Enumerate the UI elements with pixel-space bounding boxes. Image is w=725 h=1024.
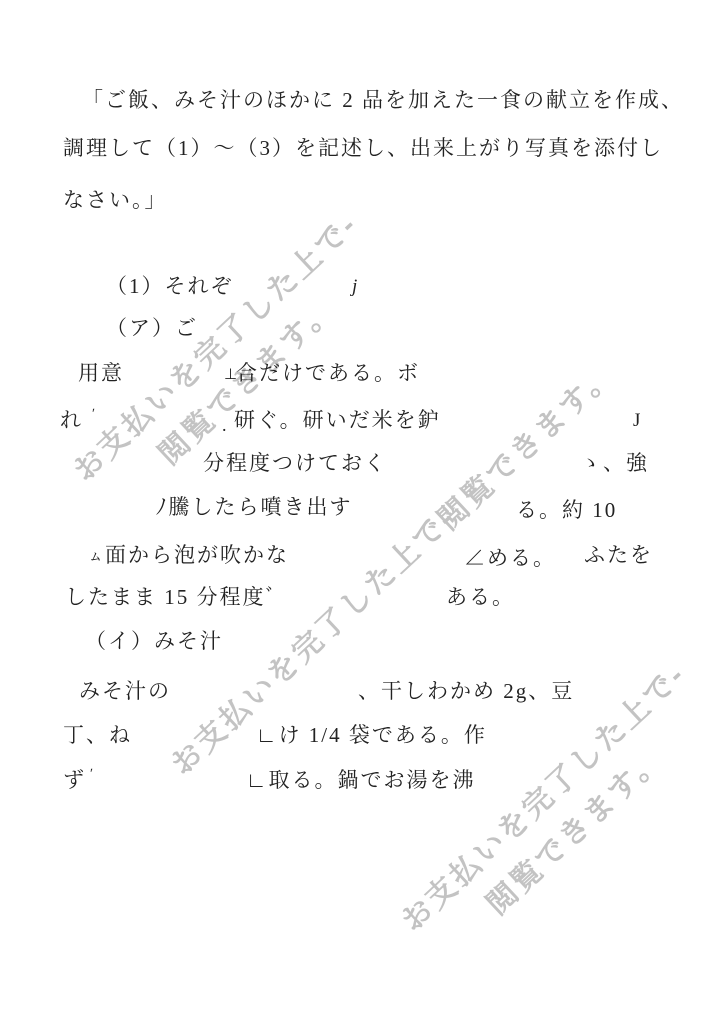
text-segment: れ [60, 410, 83, 431]
text-segment: 研ぐ。研いだ米を鈩 [234, 410, 441, 431]
text-segment: ʹ [92, 408, 97, 422]
text-segment: 用意 [78, 363, 124, 384]
watermark-line: お支払いを完了した上で- [63, 203, 369, 493]
text-segment: ゝ、強 [580, 453, 649, 474]
text-segment: みそ汁の [79, 681, 171, 702]
text-segment: ﾉ騰したら噴き出す [156, 497, 353, 518]
text-segment: ∟取る。鍋でお湯を沸 [246, 770, 476, 791]
text-segment: したまま 15 分程度ﾞ [65, 587, 278, 608]
text-segment: （1）それぞ [106, 276, 234, 297]
text-segment: ∟け 1/4 袋である。作 [256, 725, 487, 746]
text-segment: 分程度つけておく [203, 453, 387, 474]
text-segment: ʹ [90, 768, 95, 782]
text-segment: ある。 [446, 587, 515, 608]
text-segment: （イ）みそ汁 [85, 631, 223, 652]
text-segment: る。約 10 [516, 500, 617, 521]
text-segment: J [633, 411, 642, 430]
text-segment: 調理して（1）～（3）を記述し、出来上がり写真を添付し [63, 138, 663, 159]
text-segment: j [352, 277, 359, 296]
text-segment: ふたを [584, 545, 653, 566]
text-segment: 丁、ね [63, 725, 132, 746]
text-segment: なさい。」 [63, 190, 168, 211]
text-segment: （ア）ご [106, 318, 198, 339]
text-segment: . [222, 416, 229, 434]
text-segment: 合だけである。ボ [236, 363, 420, 384]
text-segment: ∠める。 [464, 548, 556, 569]
document-page: お支払いを完了した上で-閲覧できます。お支払いを完了した上で-閲覧できます。お支… [0, 0, 725, 1024]
text-segment: 、干しわかめ 2g、豆 [358, 681, 574, 702]
text-segment: 面から泡が吹かな [105, 545, 289, 566]
text-segment: ず [63, 770, 86, 791]
text-segment: 「ご飯、みそ汁のほかに 2 品を加えた一食の献立を作成、 [82, 90, 684, 111]
text-segment: ㇺ [88, 549, 105, 564]
